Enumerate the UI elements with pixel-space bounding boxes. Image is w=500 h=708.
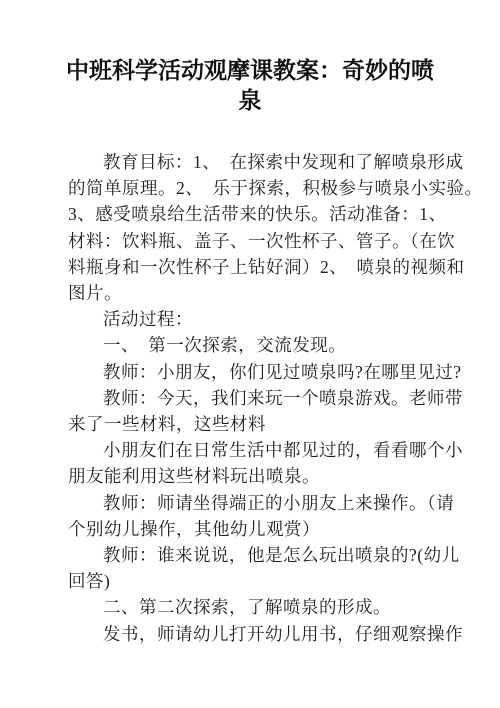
text-line: 教师：谁来说说，他是怎么玩出喷泉的?(幼儿 [68,542,464,568]
document-title-line-2: 泉 [0,86,500,116]
text-line: 来了一些材料，这些材料 [68,411,464,437]
text-line: 图片。 [68,280,464,306]
text-line: 一、 第一次探索，交流发现。 [68,332,464,358]
text-line: 发书，师请幼儿打开幼儿用书，仔细观察操作 [68,621,464,647]
text-line: 3、感受喷泉给生活带来的快乐。活动准备：1、 [68,201,464,227]
text-line: 料瓶身和一次性杯子上钻好洞）2、 喷泉的视频和 [68,254,464,280]
text-line: 材料：饮料瓶、盖子、一次性杯子、管子。（在饮 [68,228,464,254]
text-line: 教师：今天，我们来玩一个喷泉游戏。老师带 [68,385,464,411]
text-line: 教师：师请坐得端正的小朋友上来操作。（请 [68,490,464,516]
text-line: 朋友能利用这些材料玩出喷泉。 [68,463,464,489]
document-page: 中班科学活动观摩课教案：奇妙的喷 泉 教育目标：1、 在探索中发现和了解喷泉形成… [0,0,500,708]
text-line: 活动过程： [68,306,464,332]
text-line: 的简单原理。2、 乐于探索，积极参与喷泉小实验。 [68,175,464,201]
text-line: 回答) [68,568,464,594]
text-line: 个别幼儿操作，其他幼儿观赏） [68,516,464,542]
text-line: 二、第二次探索，了解喷泉的形成。 [68,594,464,620]
document-title-line-1: 中班科学活动观摩课教案：奇妙的喷 [0,56,500,86]
document-title: 中班科学活动观摩课教案：奇妙的喷 泉 [0,56,500,116]
text-line: 小朋友们在日常生活中都见过的，看看哪个小 [68,437,464,463]
text-line: 教师：小朋友，你们见过喷泉吗?在哪里见过? [68,359,464,385]
document-body: 教育目标：1、 在探索中发现和了解喷泉形成 的简单原理。2、 乐于探索，积极参与… [68,149,464,647]
text-line: 教育目标：1、 在探索中发现和了解喷泉形成 [68,149,464,175]
